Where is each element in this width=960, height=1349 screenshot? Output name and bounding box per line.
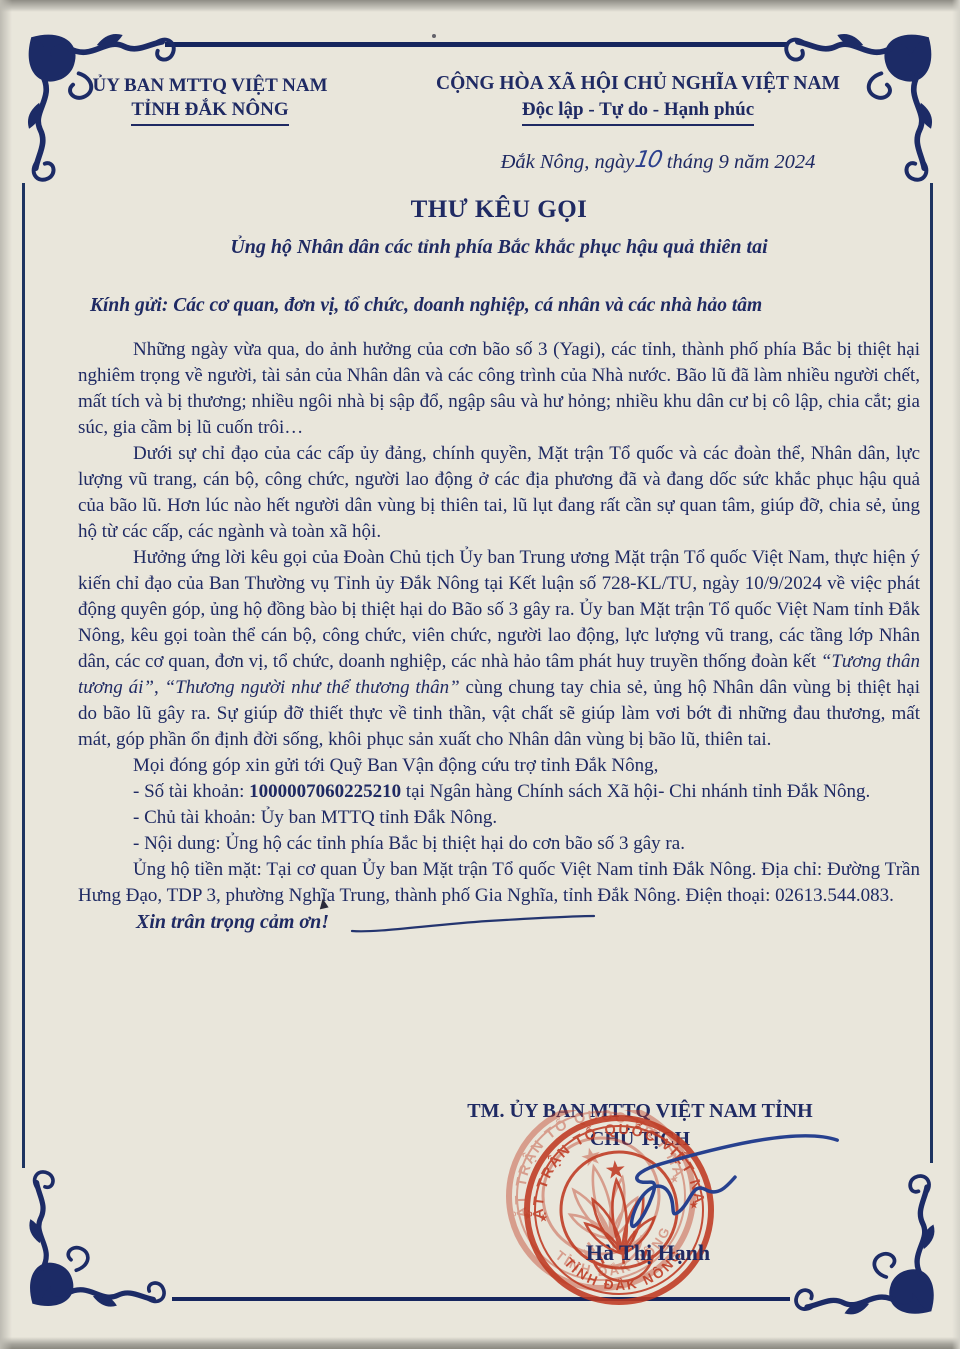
salutation-line: Kính gửi: Các cơ quan, đơn vị, tổ chức, … — [90, 295, 920, 317]
quote-separator: , — [154, 677, 165, 698]
closing-thanks: Xin trân trọng cảm ơn! — [136, 911, 920, 934]
paragraph-1: Những ngày vừa qua, do ảnh hưởng của cơn… — [78, 337, 920, 441]
handwritten-signature — [553, 1116, 845, 1248]
paragraph-2: Dưới sự chỉ đạo của các cấp ủy đảng, chí… — [78, 441, 920, 545]
account-holder-line: - Chủ tài khoản: Ủy ban MTTQ tỉnh Đắk Nô… — [78, 805, 920, 831]
paragraph-3: Hưởng ứng lời kêu gọi của Đoàn Chủ tịch … — [78, 545, 920, 753]
donation-intro: Mọi đóng góp xin gửi tới Quỹ Ban Vận độn… — [78, 753, 920, 779]
scan-edge-top — [0, 0, 960, 12]
quoted-proverb-2: “Thương người như thể thương thân” — [165, 677, 460, 698]
left-border-rule — [22, 183, 25, 1168]
dateline-suffix: tháng 9 năm 2024 — [667, 151, 816, 173]
document-page: ỦY BAN MTTQ VIỆT NAM TỈNH ĐẮK NÔNG CỘNG … — [0, 0, 960, 1349]
issuing-org-line1: ỦY BAN MTTQ VIỆT NAM — [70, 74, 350, 98]
account-bank: tại Ngân hàng Chính sách Xã hội- Chi nhá… — [401, 781, 870, 802]
national-motto: Độc lập - Tự do - Hạnh phúc — [522, 98, 754, 126]
top-border-rule — [165, 42, 787, 47]
national-motto-block: CỘNG HÒA XÃ HỘI CHỦ NGHĨA VIỆT NAM Độc l… — [398, 72, 878, 126]
paragraph-3-text: Hưởng ứng lời kêu gọi của Đoàn Chủ tịch … — [78, 547, 920, 672]
account-label: - Số tài khoản: — [133, 781, 249, 802]
signer-name: Hà Thị Hạnh — [478, 1240, 818, 1266]
letter-body: THƯ KÊU GỌI Ủng hộ Nhân dân các tỉnh phí… — [78, 196, 920, 934]
national-title: CỘNG HÒA XÃ HỘI CHỦ NGHĨA VIỆT NAM — [398, 72, 878, 96]
issuing-org-line2: TỈNH ĐẮK NÔNG — [131, 98, 288, 126]
scan-edge-bottom — [0, 1337, 960, 1349]
dateline: Đắk Nông, ngày10 tháng 9 năm 2024 — [428, 148, 888, 174]
account-line: - Số tài khoản: 1000007060225210 tại Ngâ… — [78, 779, 920, 805]
dateline-prefix: Đắk Nông, ngày — [501, 151, 635, 173]
closing-thanks-text: Xin trân trọng cảm ơn! — [136, 911, 329, 933]
scan-edge-right — [952, 0, 960, 1349]
scan-speck — [432, 34, 436, 38]
floral-corner-icon — [22, 1168, 168, 1314]
right-border-rule — [930, 183, 933, 1163]
cash-donation-line: Ủng hộ tiền mặt: Tại cơ quan Ủy ban Mặt … — [78, 857, 920, 909]
account-number: 1000007060225210 — [249, 781, 401, 802]
document-subtitle: Ủng hộ Nhân dân các tỉnh phía Bắc khắc p… — [78, 236, 920, 259]
document-title: THƯ KÊU GỌI — [78, 196, 920, 224]
handwritten-day: 10 — [633, 147, 663, 173]
transfer-note-line: - Nội dung: Ủng hộ các tỉnh phía Bắc bị … — [78, 831, 920, 857]
scan-edge-left — [0, 0, 12, 1349]
pen-mark — [348, 913, 598, 935]
issuing-org-block: ỦY BAN MTTQ VIỆT NAM TỈNH ĐẮK NÔNG — [70, 74, 350, 126]
